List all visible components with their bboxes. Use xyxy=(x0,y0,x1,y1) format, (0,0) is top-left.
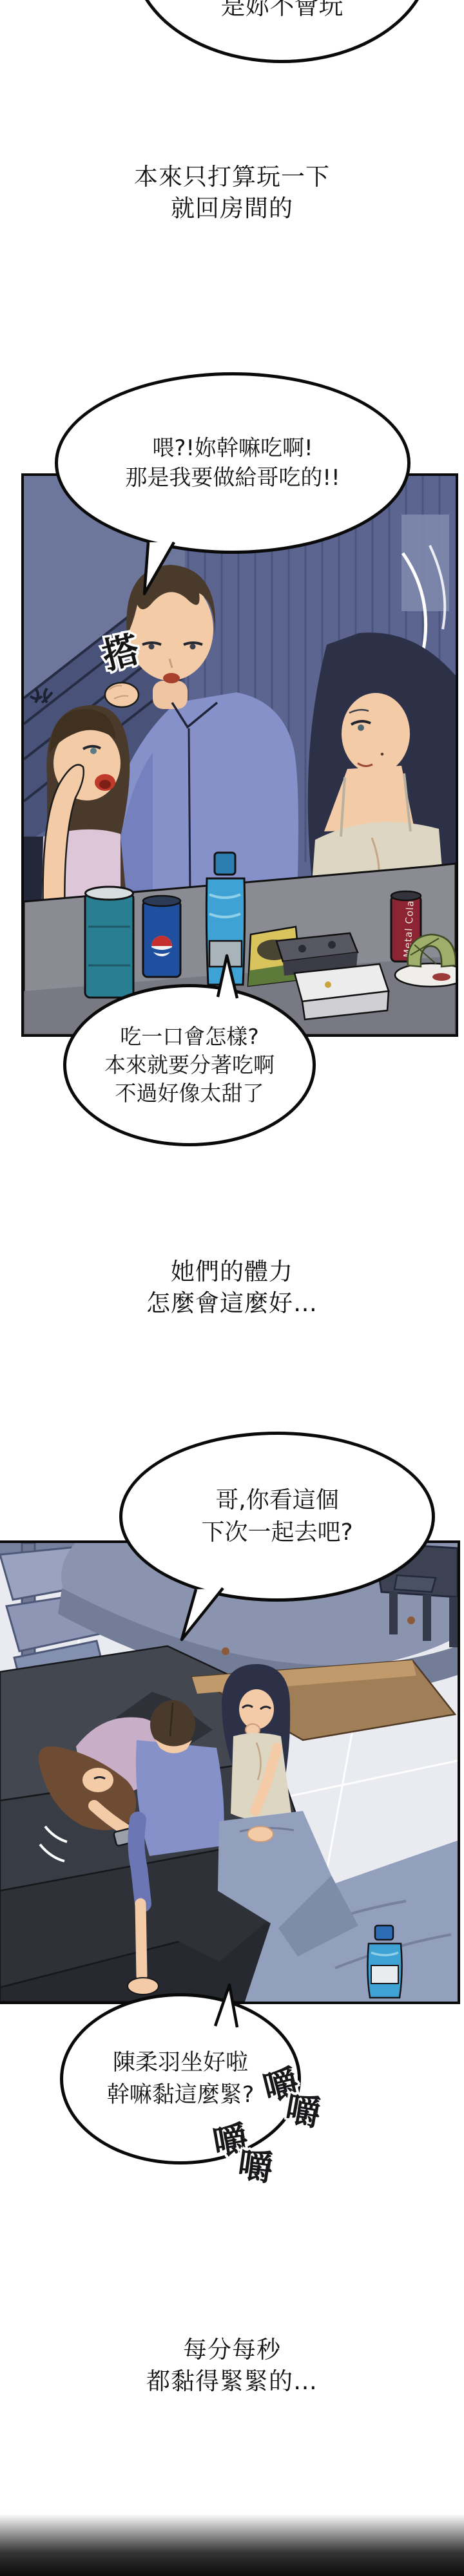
hand-on-shoulder xyxy=(105,683,139,707)
speech-bubble-top: 是妳不會玩 xyxy=(132,0,432,63)
bubble-tail-down xyxy=(129,541,187,599)
beauty-mark xyxy=(381,753,384,756)
narration-line: 都黏得緊緊的… xyxy=(0,2365,464,2397)
narration-block-1: 本來只打算玩一下 就回房間的 xyxy=(0,161,464,224)
speech-bubble-1: 喂?!妳幹嘛吃啊! 那是我要做給哥吃的!! xyxy=(55,372,411,554)
narration-line: 就回房間的 xyxy=(0,193,464,224)
speech-text: 陳柔羽坐好啦 xyxy=(113,2047,248,2079)
bubble-tail-up xyxy=(208,953,246,999)
shirt xyxy=(136,1740,224,1856)
speech-text: 幹嘛黏這麼緊? xyxy=(107,2079,255,2111)
speech-text: 喂?!妳幹嘛吃啊! xyxy=(152,433,313,463)
comic-panel-1: 搭 xyxy=(21,473,458,1037)
speech-bubble-3: 哥,你看這個 下次一起去吧? xyxy=(119,1432,435,1602)
narration-block-2: 她們的體力 怎麼會這麼好… xyxy=(0,1256,464,1319)
hand-on-knee xyxy=(247,1826,273,1842)
narration-line: 她們的體力 xyxy=(0,1256,464,1287)
bottom-fade-gradient xyxy=(0,2514,464,2576)
face xyxy=(239,1689,274,1729)
forearm xyxy=(140,1904,142,1976)
speech-text: 下次一起去吧? xyxy=(201,1517,353,1549)
stool xyxy=(394,1575,436,1592)
pepsi-can xyxy=(143,896,180,977)
speech-text: 那是我要做給哥吃的!! xyxy=(125,463,340,493)
face xyxy=(82,1768,113,1792)
narration-block-3: 每分每秒 都黏得緊緊的… xyxy=(0,2334,464,2397)
speech-text: 不過好像太甜了 xyxy=(115,1079,264,1108)
narration-line: 怎麼會這麼好… xyxy=(0,1287,464,1319)
white-box xyxy=(295,964,389,1019)
speech-bubble-2: 吃一口會怎樣? 本來就要分著吃啊 不過好像太甜了 xyxy=(63,984,316,1146)
speech-text: 吃一口會怎樣? xyxy=(120,1023,259,1051)
bubble-tail-down-left xyxy=(169,1586,233,1643)
sfx-chew-text: 嚼 xyxy=(235,2137,276,2192)
sleeve xyxy=(136,1820,143,1904)
mouth xyxy=(163,673,180,683)
webtoon-page: 是妳不會玩 本來只打算玩一下 就回房間的 喂?!妳幹嘛吃啊! 那是我要做給哥吃的… xyxy=(0,0,464,2576)
hand-on-floor xyxy=(128,1978,159,1994)
speech-text: 本來就要分著吃啊 xyxy=(104,1051,275,1079)
bubble-tail-up-right xyxy=(208,1982,246,2030)
sfx-chew-text: 嚼 xyxy=(282,2081,325,2136)
narration-line: 本來只打算玩一下 xyxy=(0,161,464,193)
narration-line: 每分每秒 xyxy=(0,2334,464,2365)
panel1-scene: 搭 xyxy=(24,476,456,1034)
speech-text: 是妳不會玩 xyxy=(220,0,343,20)
speech-text: 哥,你看這個 xyxy=(215,1484,338,1517)
teal-tumbler xyxy=(85,887,133,998)
face xyxy=(342,693,410,774)
